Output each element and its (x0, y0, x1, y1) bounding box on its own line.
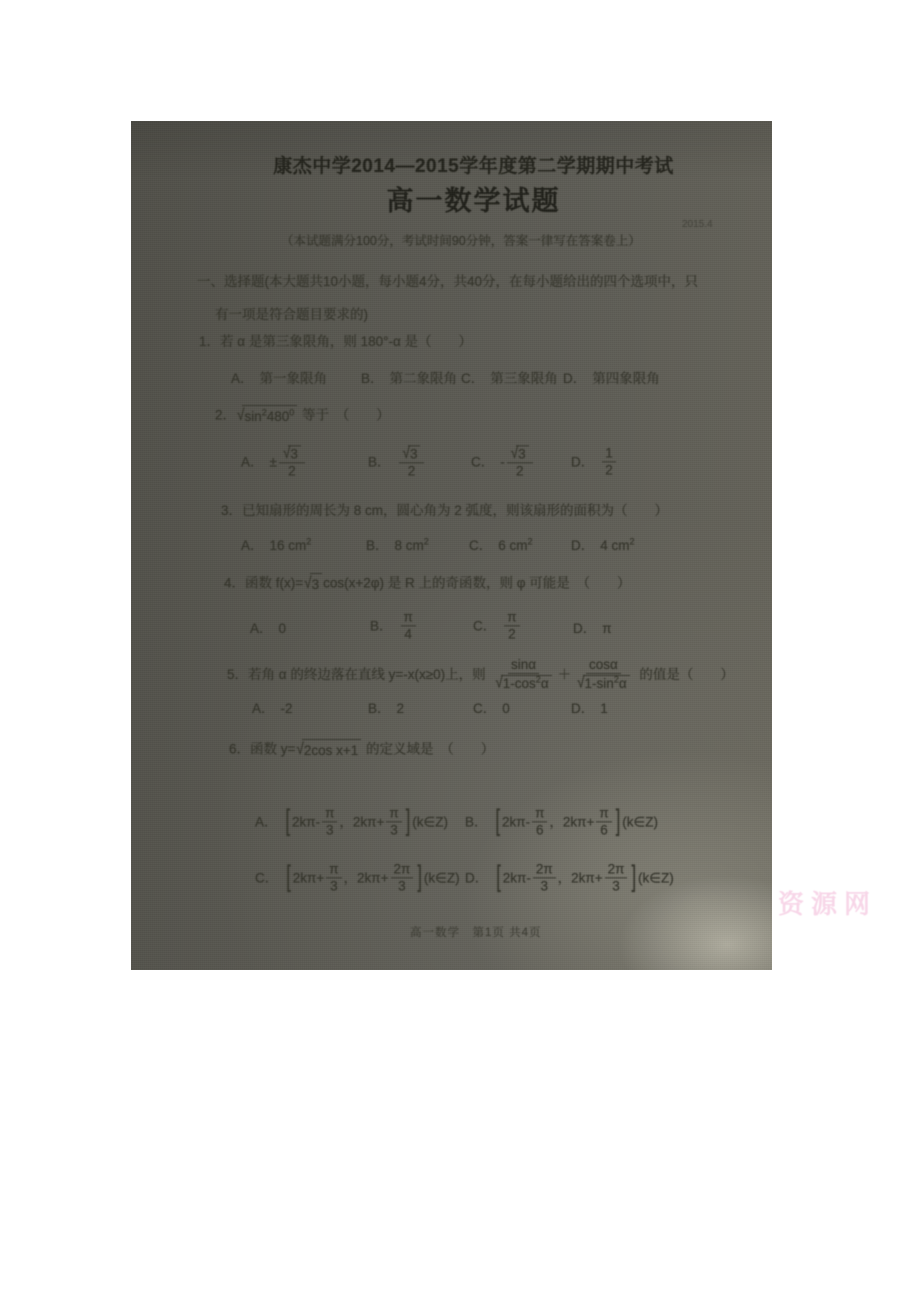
option-label: A． (250, 621, 273, 636)
question-3-stem: 3．已知扇形的周长为 8 cm，圆心角为 2 弧度，则该扇形的面积为（ ） (221, 501, 668, 521)
question-4-stem: 4．函数 f(x)=√3cos(x+2φ) 是 R 上的奇函数，则 φ 可能是 … (224, 573, 630, 595)
option-body: -2 (281, 701, 293, 716)
question-6-option-d: D．[2kπ-2π3，2kπ+2π3](k∈Z) (465, 863, 674, 894)
question-5-options: A．-2 B．2 C．0 D．1 (131, 697, 772, 717)
option-label: D． (571, 455, 594, 470)
question-3-option-b: B．8 cm2 (366, 534, 429, 554)
question-6-options-row2: C．[2kπ+π3，2kπ+2π3](k∈Z) D．[2kπ-2π3，2kπ+2… (131, 857, 772, 901)
option-body: π4 (399, 619, 418, 634)
question-2-option-a: A．±√32 (241, 446, 307, 479)
option-label: C． (469, 538, 492, 553)
section-heading-line2: 有一项是符合题目要求的) (215, 303, 368, 323)
option-body: π2 (502, 619, 521, 634)
question-1-option-c: C．第三象限角 (461, 367, 558, 387)
question-5-option-c: C．0 (473, 697, 510, 717)
option-body: 第二象限角 (390, 371, 458, 386)
question-4-option-a: A．0 (250, 617, 286, 637)
option-body: 0 (279, 621, 287, 636)
option-body: 6 cm2 (498, 538, 532, 553)
option-label: C． (255, 871, 278, 886)
question-5-option-a: A．-2 (252, 697, 293, 717)
question-6-option-b: B．[2kπ-π6，2kπ+π6](k∈Z) (465, 807, 658, 838)
question-5-stem: 5．若角 α 的终边落在直线 y=-x(x≥0)上，则 sinα√1-cos2α… (227, 659, 734, 692)
question-1-option-a: A．第一象限角 (231, 367, 327, 387)
question-4-option-b: B．π4 (370, 611, 418, 642)
site-watermark: 资源网 (778, 884, 877, 921)
option-label: C． (461, 371, 484, 386)
option-body: 第四象限角 (592, 371, 660, 386)
option-body: 2 (397, 701, 405, 716)
option-label: B． (370, 619, 393, 634)
option-label: D． (571, 538, 594, 553)
question-2-option-b: B．√32 (368, 446, 426, 479)
question-1-stem: 1．若 α 是第三象限角，则 180°-α 是（ ） (199, 332, 472, 352)
exam-date: 2015.4 (682, 219, 713, 230)
question-5-option-b: B．2 (368, 697, 404, 717)
question-6-stem: 6．函数 y=√2cos x+1 的定义域是 （ ） (229, 739, 494, 761)
section-heading-line1: 一、选择题(本大题共10小题，每小题4分，共40分，在每小题给出的四个选项中，只 (197, 270, 698, 290)
option-label: A． (255, 815, 278, 830)
question-3-options: A．16 cm2 B．8 cm2 C．6 cm2 D．4 cm2 (131, 534, 772, 554)
option-label: B． (368, 455, 391, 470)
option-body: [2kπ-π6，2kπ+π6](k∈Z) (494, 815, 658, 830)
question-6-option-a: A．[2kπ-π3，2kπ+π3](k∈Z) (255, 807, 448, 838)
question-5-option-d: D．1 (571, 697, 608, 717)
option-label: B． (366, 538, 389, 553)
question-4-options: A．0 B．π4 C．π2 D．π (131, 605, 772, 649)
question-6-option-c: C．[2kπ+π3，2kπ+2π3](k∈Z) (255, 863, 460, 894)
question-4-option-c: C．π2 (473, 611, 522, 642)
option-body: 第一象限角 (260, 371, 328, 386)
option-label: B． (368, 701, 391, 716)
option-label: D． (573, 621, 596, 636)
question-6-options-row1: A．[2kπ-π3，2kπ+π3](k∈Z) B．[2kπ-π6，2kπ+π6]… (131, 801, 772, 845)
question-2-option-c: C．-√32 (471, 446, 535, 479)
option-body: 第三象限角 (490, 371, 558, 386)
question-3-option-d: D．4 cm2 (571, 534, 635, 554)
option-body: 0 (502, 701, 510, 716)
option-body: 8 cm2 (395, 538, 429, 553)
option-label: D． (571, 701, 594, 716)
option-body: 16 cm2 (270, 538, 312, 553)
option-label: A． (252, 701, 275, 716)
option-body: [2kπ-π3，2kπ+π3](k∈Z) (284, 815, 448, 830)
option-body: 1 (600, 701, 608, 716)
option-body: ±√32 (270, 455, 307, 470)
question-1-option-b: B．第二象限角 (361, 367, 457, 387)
exam-school-line: 康杰中学2014—2015学年度第二学期期中考试 (151, 151, 796, 178)
option-label: B． (465, 815, 488, 830)
question-4-option-d: D．π (573, 617, 612, 637)
page-footer: 高一数学 第1页 共4页 (410, 924, 542, 940)
option-body: 12 (600, 455, 618, 470)
option-label: D． (465, 871, 488, 886)
option-label: C． (473, 701, 496, 716)
question-2-options: A．±√32 B．√32 C．-√32 D．12 (131, 441, 772, 485)
option-body: π (602, 621, 611, 636)
option-body: 4 cm2 (600, 538, 634, 553)
option-label: C． (471, 455, 494, 470)
option-label: C． (473, 619, 496, 634)
option-label: A． (241, 538, 264, 553)
question-3-option-c: C．6 cm2 (469, 534, 533, 554)
exam-document: 康杰中学2014—2015学年度第二学期期中考试 高一数学试题 2015.4 （… (131, 121, 772, 970)
question-1-options: A．第一象限角 B．第二象限角 C．第三象限角 D．第四象限角 (131, 367, 772, 387)
exam-title: 高一数学试题 (151, 179, 796, 218)
question-2-stem: 2．√sin24800 等于 （ ） (215, 405, 390, 427)
question-3-option-a: A．16 cm2 (241, 534, 311, 554)
exam-paper-photo: 康杰中学2014—2015学年度第二学期期中考试 高一数学试题 2015.4 （… (131, 121, 772, 970)
option-body: -√32 (500, 455, 534, 470)
option-body: [2kπ-2π3，2kπ+2π3](k∈Z) (494, 871, 673, 886)
option-label: A． (241, 455, 264, 470)
screenshot-root: { "page": { "footer": "高一数学 第1页 共4页", "w… (0, 0, 920, 1302)
option-label: D． (563, 371, 586, 386)
option-body: √32 (397, 455, 427, 470)
option-label: A． (231, 371, 254, 386)
question-1-option-d: D．第四象限角 (563, 367, 660, 387)
exam-note: （本试题满分100分，考试时间90分钟，答案一律写在答案卷上） (281, 231, 641, 249)
option-label: B． (361, 371, 384, 386)
option-body: [2kπ+π3，2kπ+2π3](k∈Z) (284, 871, 459, 886)
question-2-option-d: D．12 (571, 447, 618, 478)
